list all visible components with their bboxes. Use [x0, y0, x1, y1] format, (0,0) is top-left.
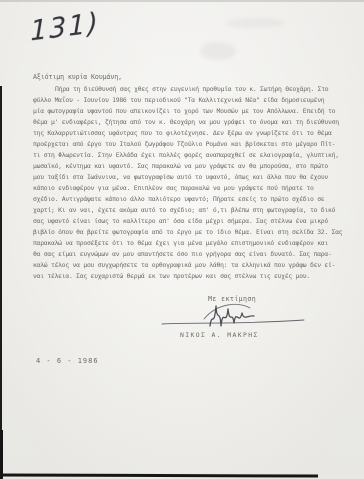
body-line: μου ταξίδι στα Ιωάννινα, να φωτογραφίσω …	[33, 172, 347, 183]
handwritten-page-number: 131)	[30, 8, 100, 48]
scan-edge-artifact-left	[0, 86, 2, 479]
body-line: ναι τέλεια. Σας ευχαριστώ θερμά εκ των π…	[33, 271, 347, 282]
scan-edge-artifact-left-bottom	[0, 430, 3, 479]
typed-signature-name: ΝΙΚΟΣ Α. ΜΑΚΡΗΣ	[180, 331, 259, 339]
body-line: τι στη Φλωρεντία. Στην Ελλάδα έχει πολλέ…	[33, 150, 347, 161]
letter-date: 4 - 6 - 1986	[36, 357, 99, 365]
paper-smudge	[200, 42, 236, 60]
body-line: θέμα μ' ενδιαφέρει, ζήτησα από τον κ. Θε…	[33, 117, 347, 128]
body-line: φύλλο Μαΐου - Ιουνίου 1986 του περιοδικο…	[33, 95, 347, 106]
body-line: σας υφαντό είναι ίσως το καλλίτερο απ' ό…	[33, 216, 347, 227]
scanned-letter-page: 131) Αξιότιμη κυρία Κουμάνη, Πήρα τη διε…	[0, 0, 364, 479]
body-line: χαρτί; Κι αν ναι, έχετε ακόμα αυτό το σχ…	[33, 205, 347, 216]
body-line: μωσαϊκό, κέντημα και υφαντό. Σας παρακαλ…	[33, 161, 347, 172]
body-line: βιβλίο όπου θα βρείτε φωτογραφία από το …	[33, 227, 347, 238]
body-line: κάποιο ενδιαφέρον για μένα. Επιπλέον σας…	[33, 183, 347, 194]
body-line: Πήρα τη διεύθυνσή σας χθες στην ευγενική…	[33, 84, 347, 95]
body-line: καλώ τέλος να μου συγχωρήσετε τα ορθογρα…	[33, 260, 347, 271]
letter-salutation: Αξιότιμη κυρία Κουμάνη,	[33, 73, 122, 81]
body-line: σχέδιο. Αντιγράψατε κάποιο άλλο παλιότερ…	[33, 194, 347, 205]
scan-edge-artifact-bottom	[0, 473, 318, 477]
letter-body: Πήρα τη διεύθυνσή σας χθες στην ευγενική…	[33, 84, 347, 282]
body-line: προέρχεται από έργο του Ιταλού ζωγράφου …	[33, 139, 347, 150]
body-line: μία φωτογραφία υφαντού που απεικονίζει τ…	[33, 106, 347, 117]
paper-smudge	[225, 18, 285, 28]
body-line: της Καλαρρυτιώτισσας υφάντρας που το φιλ…	[33, 128, 347, 139]
body-line: παρακαλώ να προσέξετε ότι το θέμα έχει γ…	[33, 238, 347, 249]
body-line: θα σας είμαι ευγνώμων αν μου απαντήσετε …	[33, 249, 347, 260]
scan-edge-artifact-top	[0, 0, 364, 2]
